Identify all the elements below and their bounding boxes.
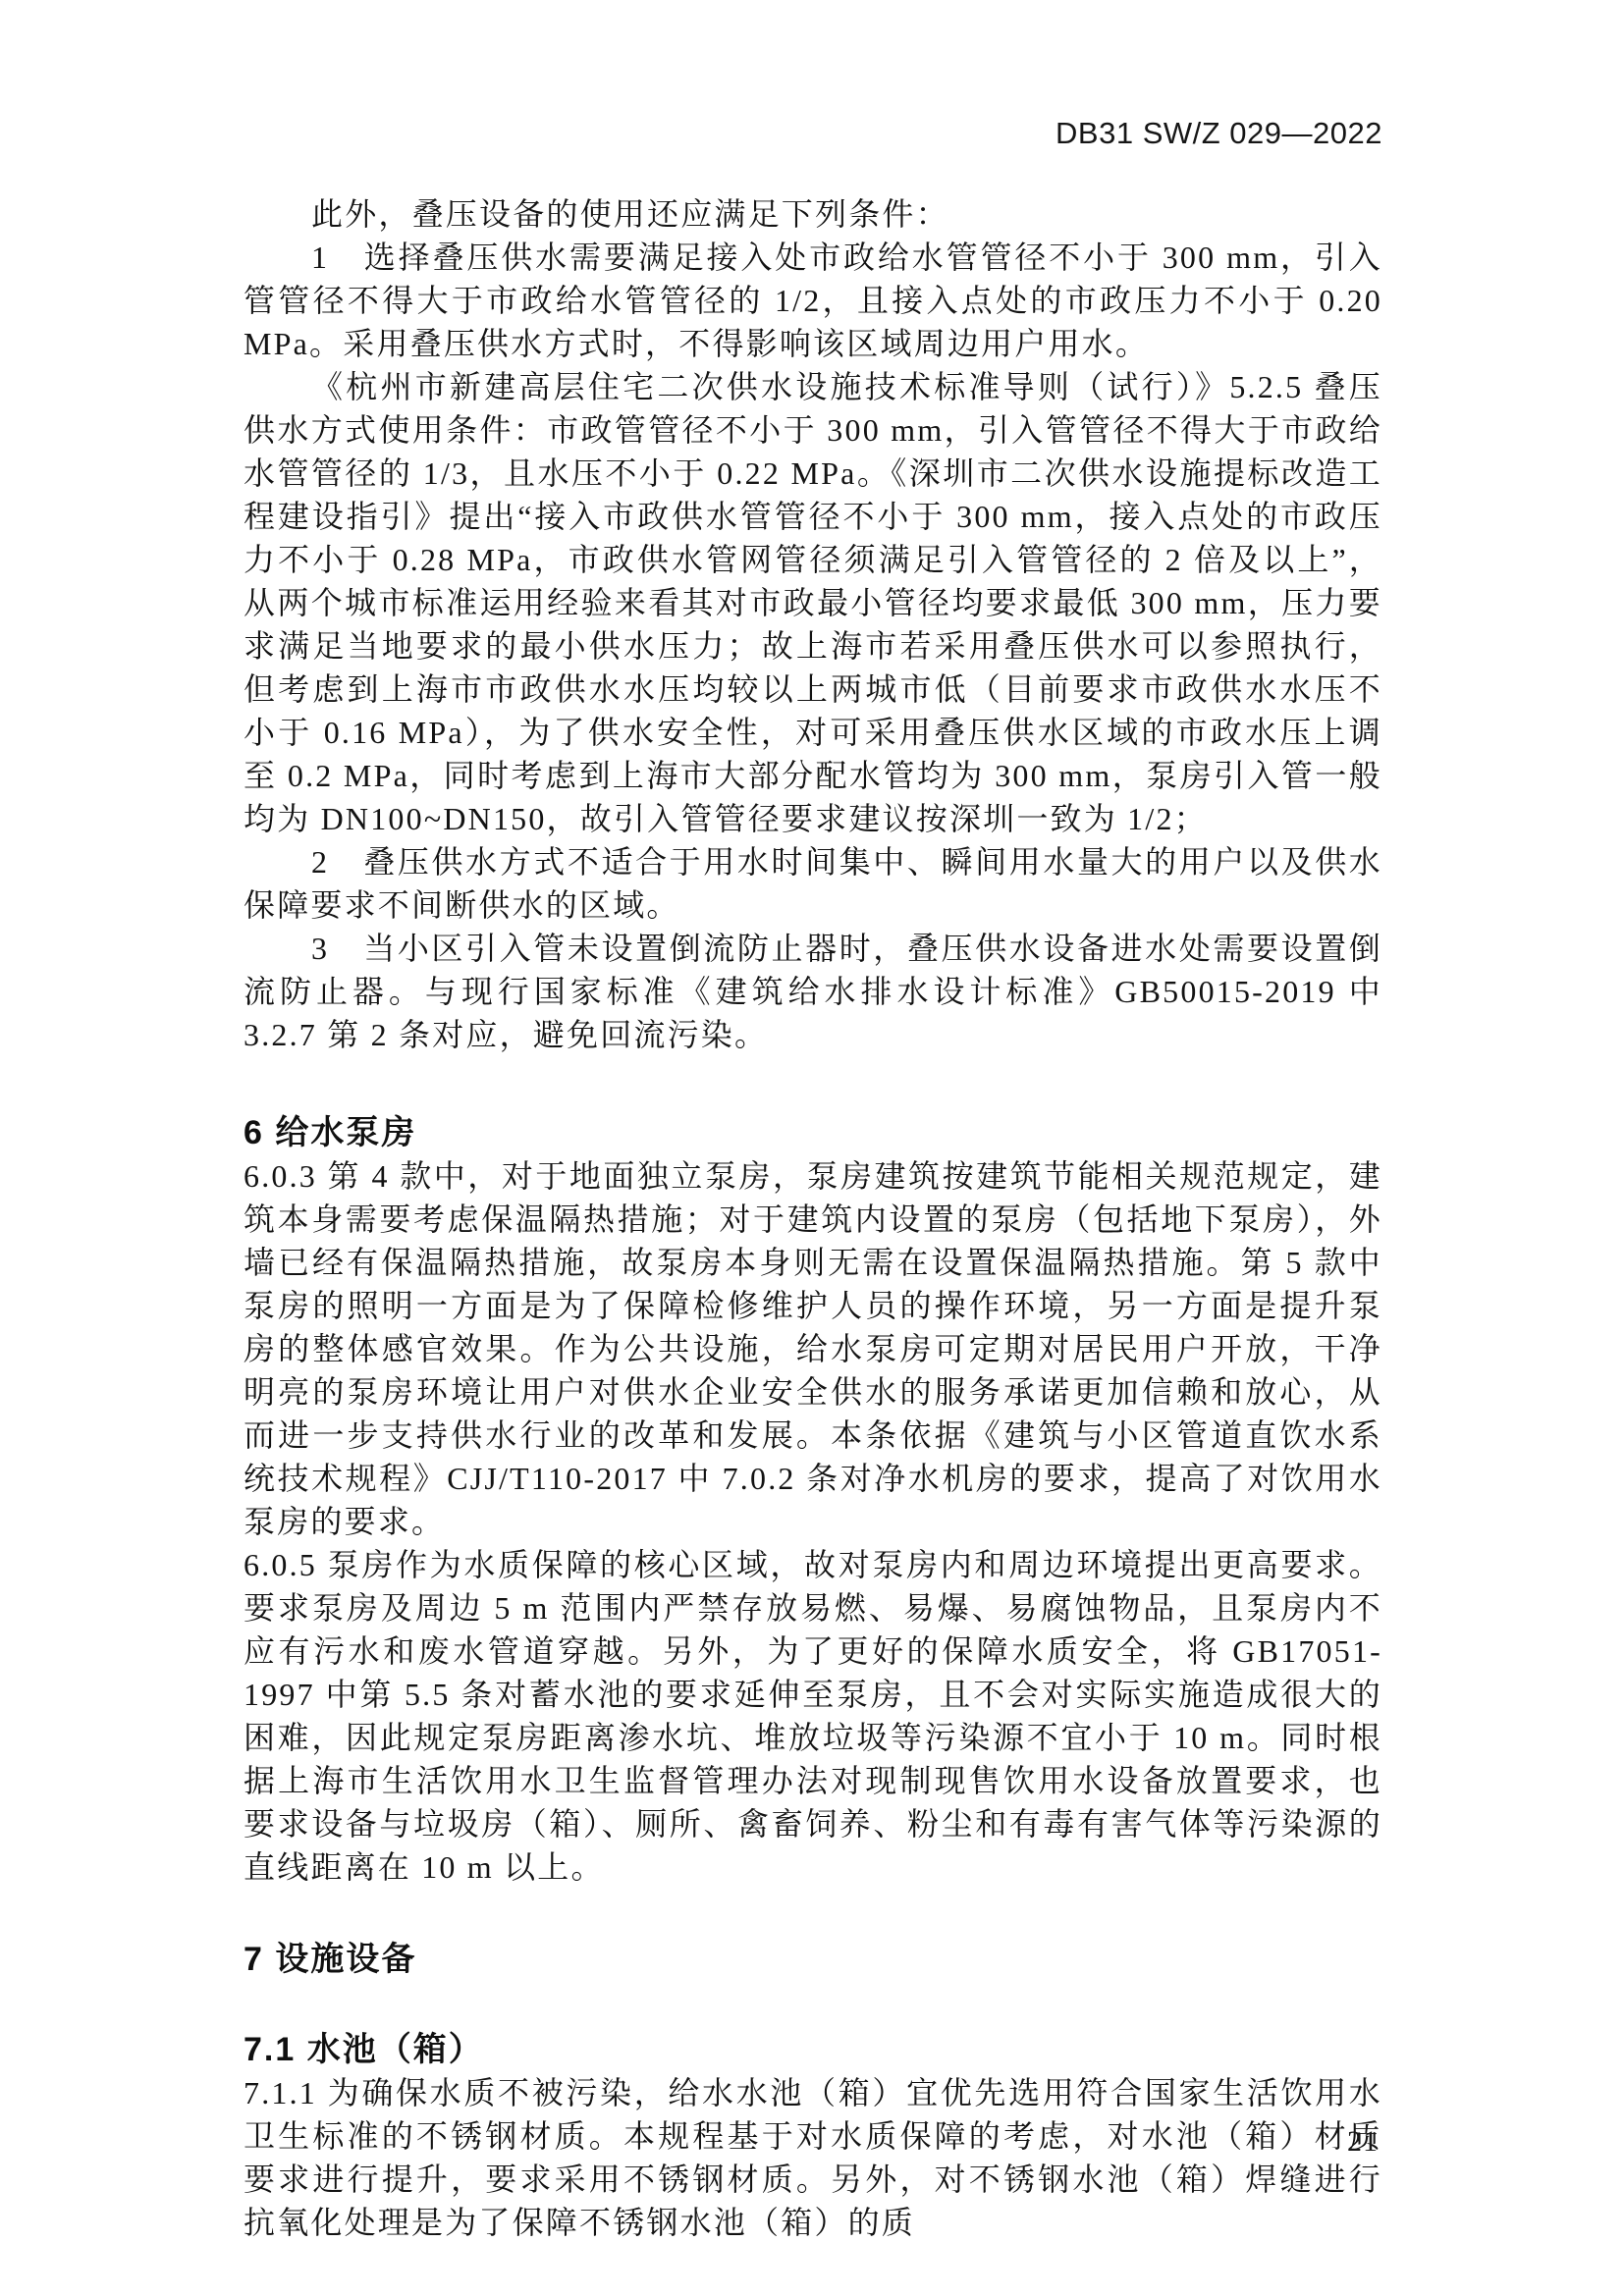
paragraph-condition-1: 1 选择叠压供水需要满足接入处市政给水管管径不小于 300 mm，引入管管径不得… bbox=[244, 236, 1382, 365]
paragraph-intro-conditions: 此外，叠压设备的使用还应满足下列条件： bbox=[244, 192, 1382, 236]
section-heading-6-water-pump-house: 6 给水泵房 bbox=[244, 1111, 1382, 1154]
paragraph-hangzhou-shenzhen-reference: 《杭州市新建高层住宅二次供水设施技术标准导则（试行）》5.2.5 叠压供水方式使… bbox=[244, 365, 1382, 840]
section-heading-7-facilities-equipment: 7 设施设备 bbox=[244, 1938, 1382, 1981]
body-text-block: 此外，叠压设备的使用还应满足下列条件： 1 选择叠压供水需要满足接入处市政给水管… bbox=[244, 192, 1382, 2244]
paragraph-condition-3: 3 当小区引入管未设置倒流防止器时，叠压供水设备进水处需要设置倒流防止器。与现行… bbox=[244, 927, 1382, 1056]
document-page: DB31 SW/Z 029—2022 此外，叠压设备的使用还应满足下列条件： 1… bbox=[0, 0, 1624, 2296]
document-number-header: DB31 SW/Z 029—2022 bbox=[244, 116, 1382, 151]
paragraph-6-0-3: 6.0.3 第 4 款中，对于地面独立泵房，泵房建筑按建筑节能相关规范规定，建筑… bbox=[244, 1154, 1382, 1543]
page-number: 21 bbox=[244, 2125, 1379, 2159]
paragraph-6-0-5: 6.0.5 泵房作为水质保障的核心区域，故对泵房内和周边环境提出更高要求。要求泵… bbox=[244, 1543, 1382, 1889]
paragraph-condition-2: 2 叠压供水方式不适合于用水时间集中、瞬间用水量大的用户以及供水保障要求不间断供… bbox=[244, 840, 1382, 927]
section-heading-7-1-water-tank: 7.1 水池（箱） bbox=[244, 2028, 1382, 2071]
